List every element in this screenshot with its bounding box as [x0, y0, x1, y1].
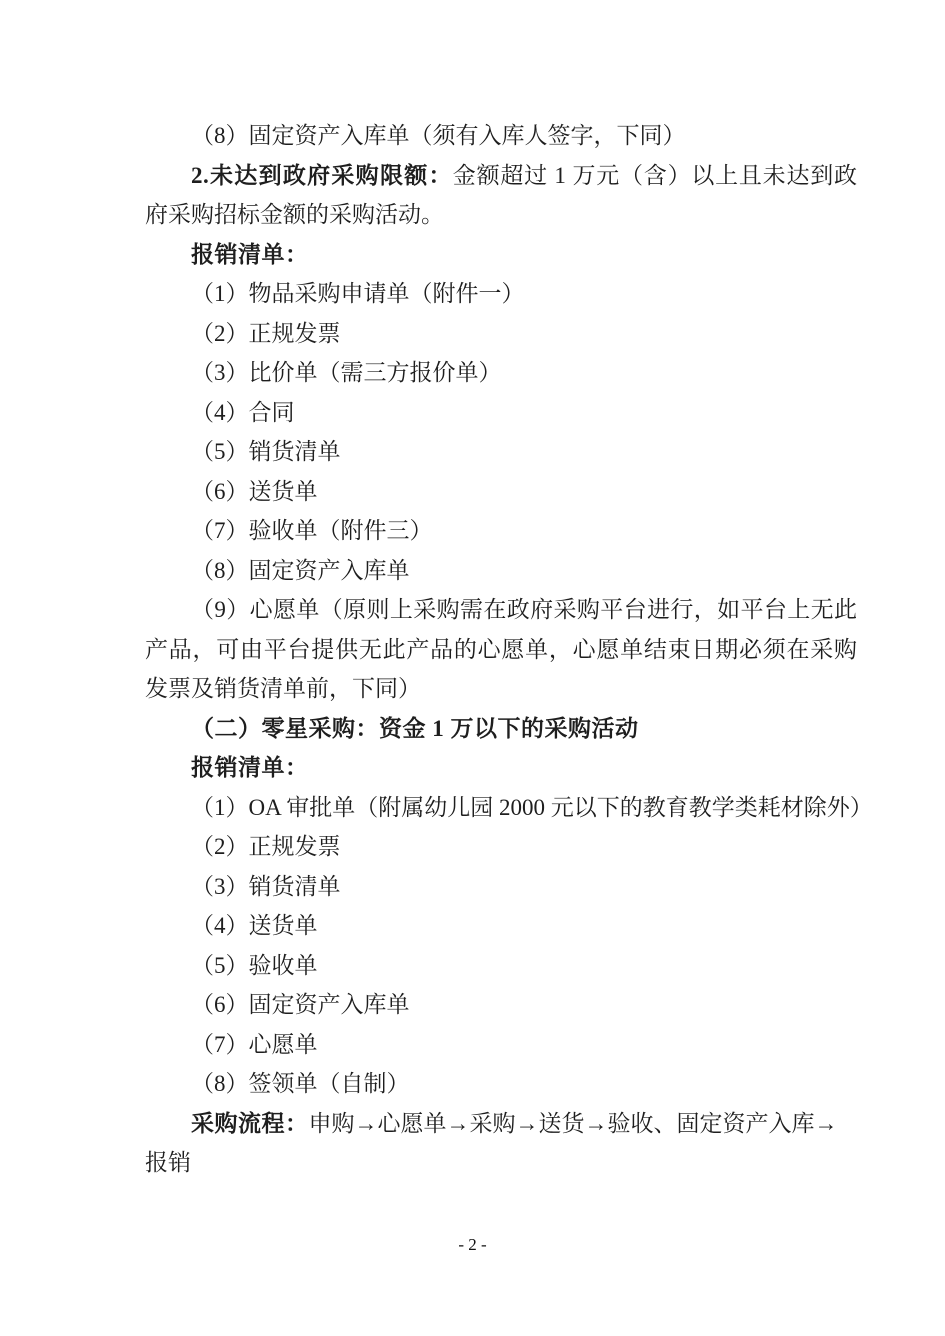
- doc-paragraph: （9）心愿单（原则上采购需在政府采购平台进行，如平台上无此产品，可由平台提供无此…: [145, 590, 857, 709]
- doc-paragraph: （5）销货清单: [145, 432, 857, 472]
- doc-paragraph: （1）OA 审批单（附属幼儿园 2000 元以下的教育教学类耗材除外）: [145, 788, 857, 828]
- doc-paragraph: （6）固定资产入库单: [145, 985, 857, 1025]
- doc-paragraph: （3）销货清单: [145, 867, 857, 907]
- doc-paragraph: （5）验收单: [145, 946, 857, 986]
- doc-paragraph: （2）正规发票: [145, 314, 857, 354]
- paragraph-text: （2）正规发票: [191, 834, 341, 859]
- paragraph-text: （1）OA 审批单（附属幼儿园 2000 元以下的教育教学类耗材除外）: [191, 795, 873, 820]
- doc-paragraph: （二）零星采购：资金 1 万以下的采购活动: [145, 709, 857, 749]
- paragraph-lead: （二）零星采购：资金 1 万以下的采购活动: [191, 716, 639, 741]
- paragraph-lead: 报销清单：: [191, 755, 309, 780]
- doc-paragraph: 2.未达到政府采购限额：金额超过 1 万元（含）以上且未达到政府采购招标金额的采…: [145, 156, 857, 235]
- doc-paragraph: （3）比价单（需三方报价单）: [145, 353, 857, 393]
- paragraph-text: （2）正规发票: [191, 321, 341, 346]
- doc-paragraph: （1）物品采购申请单（附件一）: [145, 274, 857, 314]
- paragraph-text: （8）固定资产入库单（须有入库人签字，下同）: [191, 123, 686, 148]
- paragraph-text: （7）心愿单: [191, 1032, 318, 1057]
- doc-paragraph: （8）固定资产入库单（须有入库人签字，下同）: [145, 116, 857, 156]
- doc-paragraph: （6）送货单: [145, 472, 857, 512]
- paragraph-text: （5）销货清单: [191, 439, 341, 464]
- doc-paragraph: 报销清单：: [145, 235, 857, 275]
- paragraph-text: （8）固定资产入库单: [191, 558, 410, 583]
- paragraph-text: （6）固定资产入库单: [191, 992, 410, 1017]
- doc-paragraph: （4）合同: [145, 393, 857, 433]
- document-body: （8）固定资产入库单（须有入库人签字，下同） 2.未达到政府采购限额：金额超过 …: [145, 116, 857, 1183]
- doc-paragraph: （8）固定资产入库单: [145, 551, 857, 591]
- page-footer: - 2 -: [0, 1234, 945, 1256]
- paragraph-text: （4）合同: [191, 400, 295, 425]
- paragraph-text: （4）送货单: [191, 913, 318, 938]
- paragraph-text: （3）比价单（需三方报价单）: [191, 360, 502, 385]
- paragraph-text: （3）销货清单: [191, 874, 341, 899]
- doc-paragraph: （4）送货单: [145, 906, 857, 946]
- paragraph-text: （6）送货单: [191, 479, 318, 504]
- paragraph-lead: 2.未达到政府采购限额：: [191, 163, 453, 188]
- doc-paragraph: （7）心愿单: [145, 1025, 857, 1065]
- paragraph-text: （5）验收单: [191, 953, 318, 978]
- paragraph-text: （1）物品采购申请单（附件一）: [191, 281, 525, 306]
- paragraph-lead: 采购流程：: [191, 1111, 309, 1136]
- doc-paragraph: （2）正规发票: [145, 827, 857, 867]
- page-number: - 2 -: [458, 1235, 486, 1254]
- doc-paragraph: 采购流程：申购→心愿单→采购→送货→验收、固定资产入库→ 报销: [145, 1104, 857, 1183]
- paragraph-text: （9）心愿单（原则上采购需在政府采购平台进行，如平台上无此产品，可由平台提供无此…: [145, 597, 857, 701]
- paragraph-lead: 报销清单：: [191, 242, 309, 267]
- doc-paragraph: （8）签领单（自制）: [145, 1064, 857, 1104]
- document-page: （8）固定资产入库单（须有入库人签字，下同） 2.未达到政府采购限额：金额超过 …: [0, 0, 945, 1336]
- paragraph-text: （8）签领单（自制）: [191, 1071, 410, 1096]
- doc-paragraph: 报销清单：: [145, 748, 857, 788]
- doc-paragraph: （7）验收单（附件三）: [145, 511, 857, 551]
- paragraph-text: （7）验收单（附件三）: [191, 518, 433, 543]
